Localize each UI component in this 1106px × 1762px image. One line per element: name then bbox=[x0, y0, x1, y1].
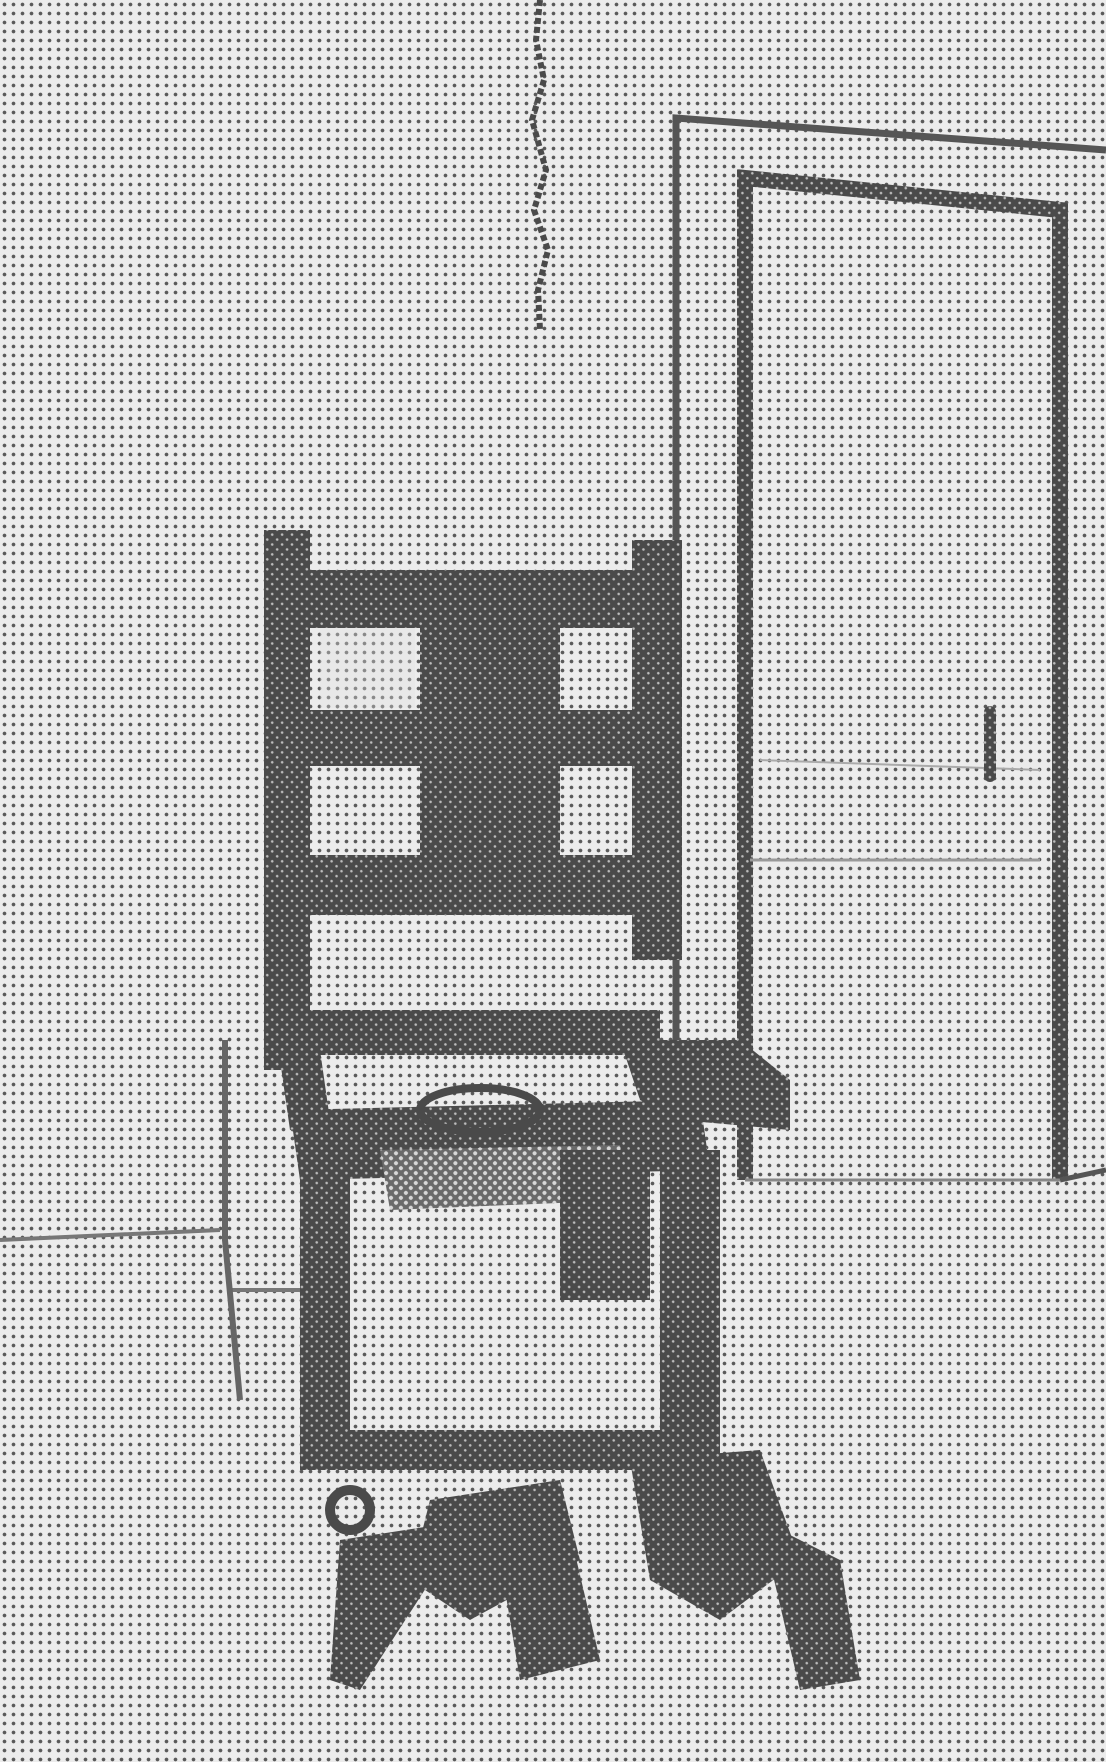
door-handle bbox=[984, 706, 996, 782]
halftone-photograph: Halftone newspaper-style photograph of a… bbox=[0, 0, 1106, 1762]
scene bbox=[0, 0, 1106, 1762]
chair bbox=[225, 530, 860, 1690]
floor-line bbox=[0, 1230, 300, 1290]
wall-crack bbox=[532, 0, 548, 330]
